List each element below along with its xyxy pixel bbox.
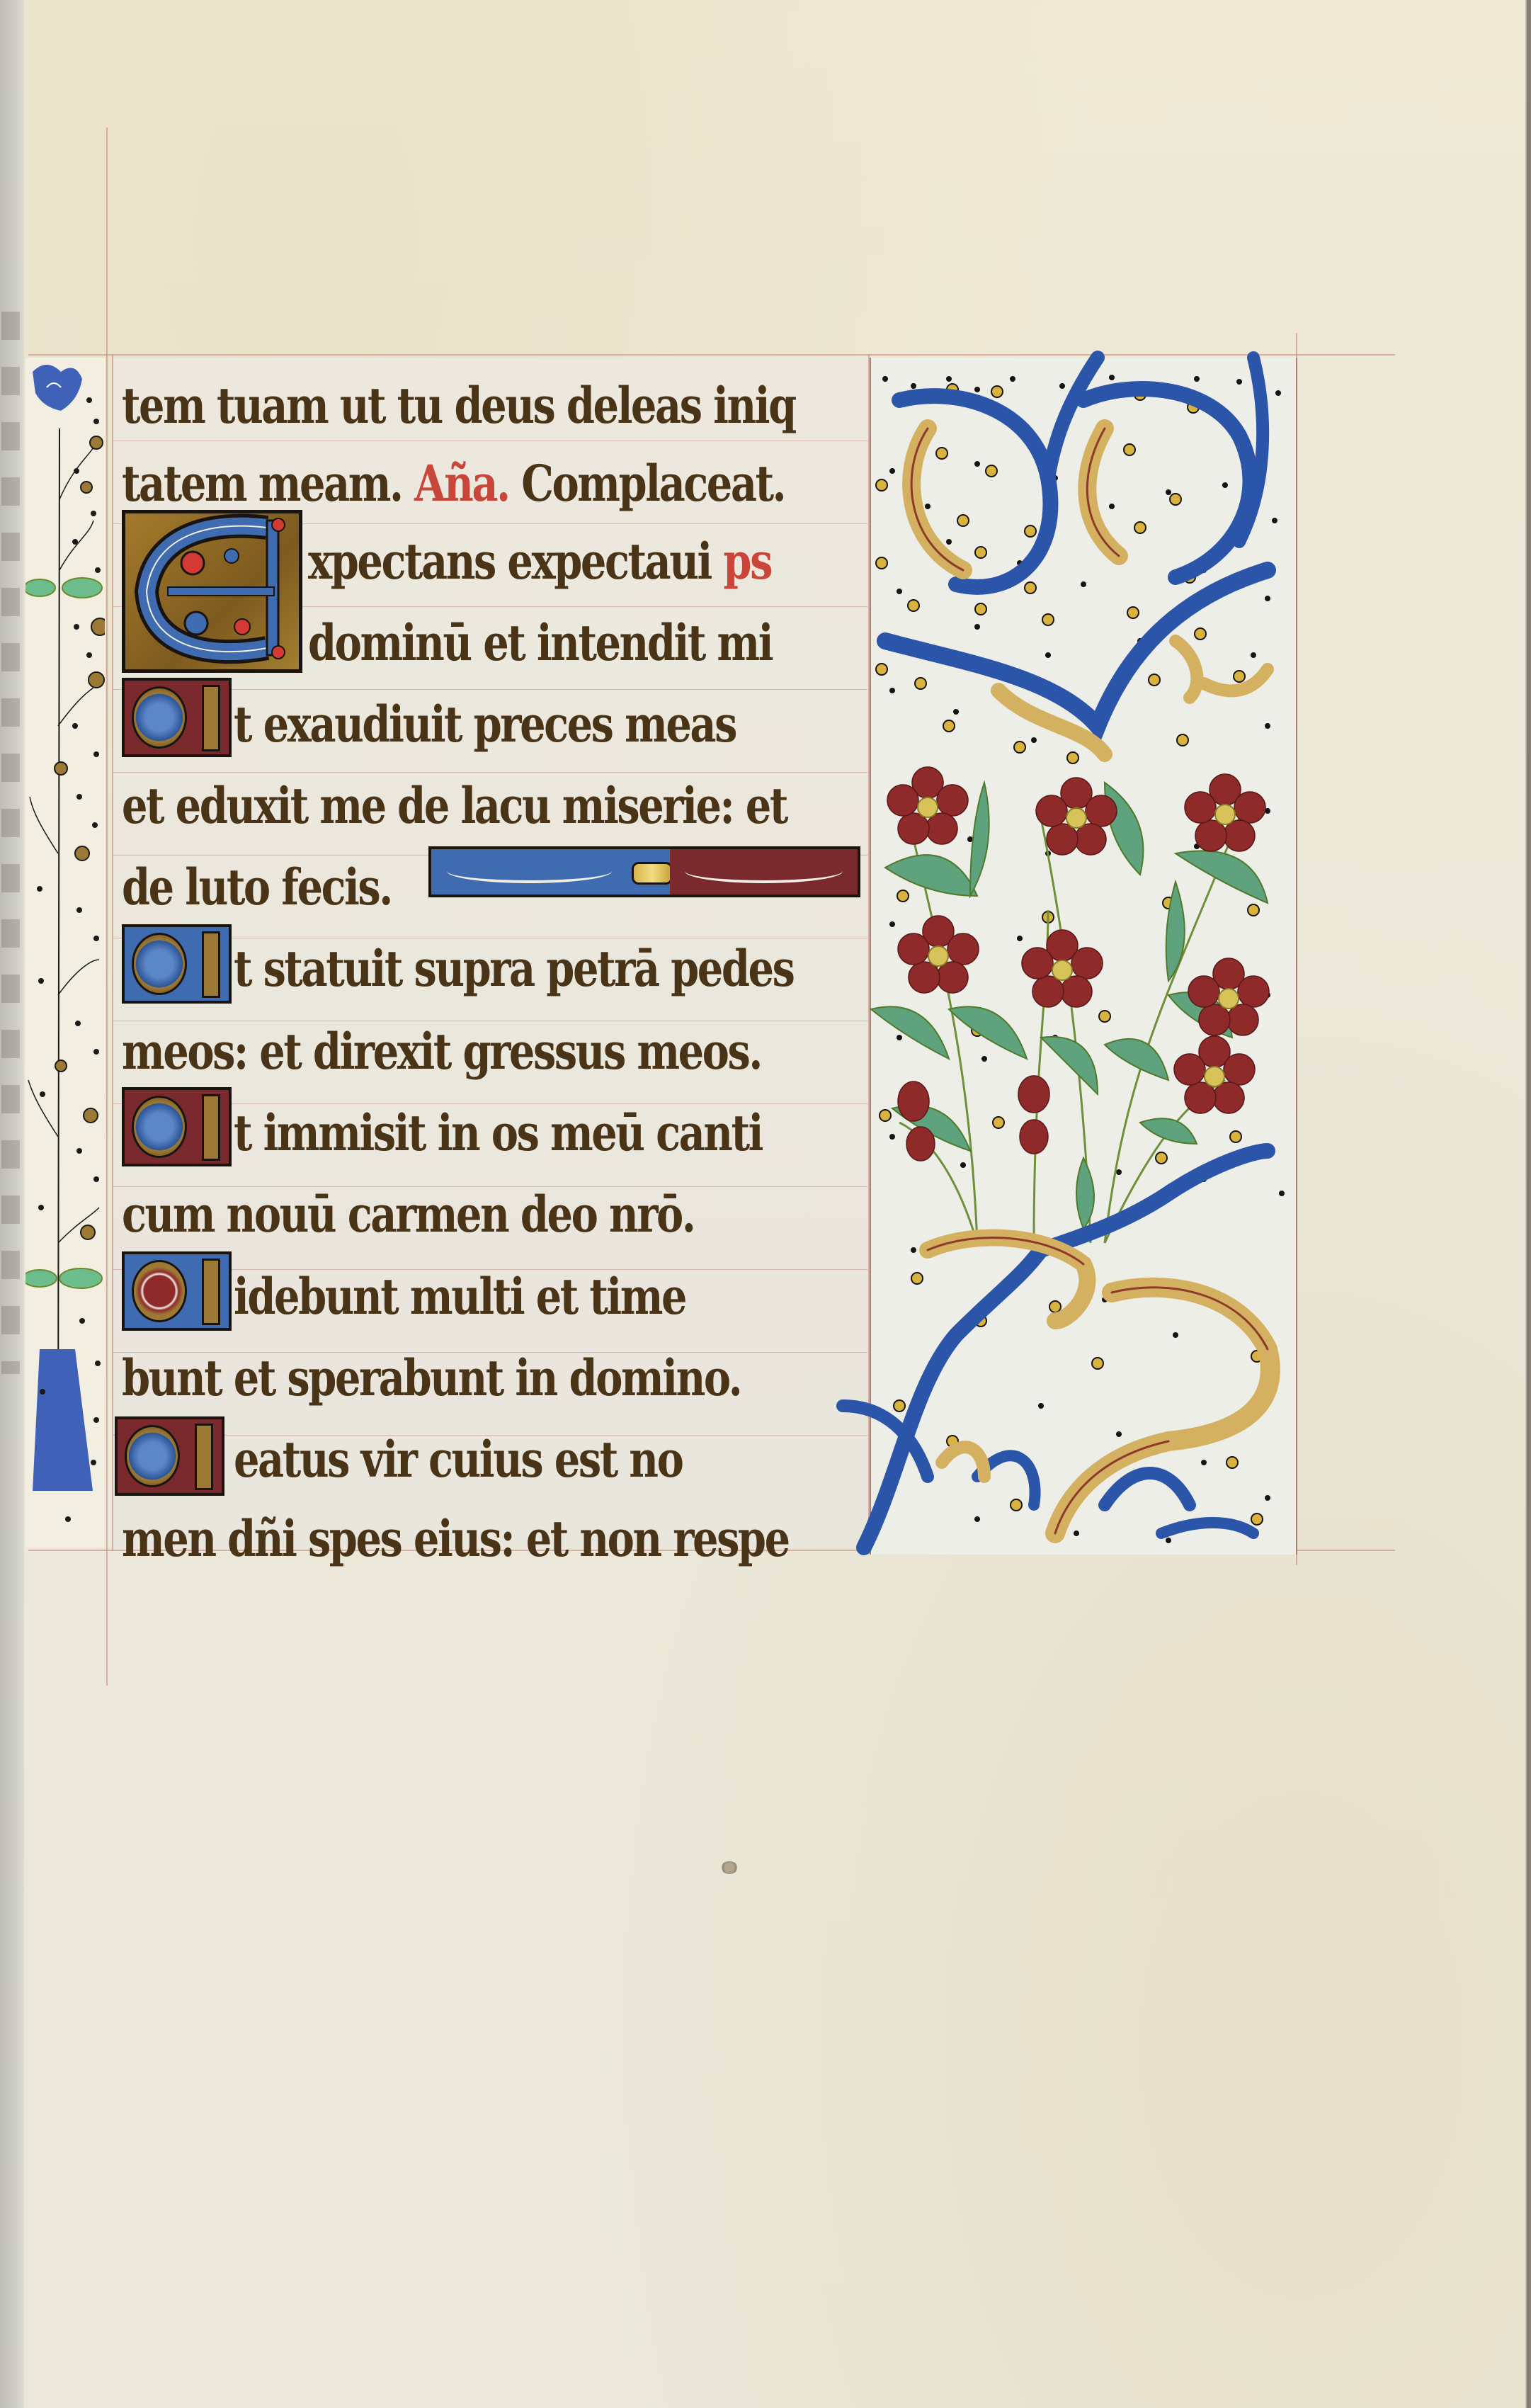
text-line-content: t immisit in os meū canti	[234, 1108, 762, 1168]
initial-stem	[202, 1259, 220, 1325]
left-border-decoration	[25, 358, 105, 1547]
text-line-content: dominū et intendit mi	[308, 618, 772, 678]
initial-E-small	[122, 678, 232, 757]
initial-stem	[195, 1424, 213, 1490]
initial-letter-icon	[132, 1096, 187, 1158]
text-line: meos: et direxit gressus meos.	[122, 1004, 876, 1086]
initial-stem	[202, 1094, 220, 1161]
initial-B-small	[115, 1416, 224, 1496]
left-border-foliage-icon	[25, 358, 105, 1547]
text-line-content: meos: et direxit gressus meos.	[122, 1027, 761, 1086]
initial-letter-icon	[132, 933, 187, 995]
rubric-antiphon: Aña.	[414, 454, 509, 513]
rubric-psalm: ps	[723, 532, 771, 591]
line-filler-maroon	[670, 849, 858, 895]
text-line: et eduxit me de lacu miserie: et	[122, 758, 876, 841]
text-line-content: de luto fecis.	[122, 863, 392, 922]
text-segment: xpectans expectaui	[308, 532, 723, 591]
initial-letter-icon	[132, 686, 187, 749]
text-line: tem tuam ut tu deus deleas iniq	[122, 358, 876, 441]
ruling-line-left-outer	[106, 127, 108, 1686]
text-segment: tatem meam.	[122, 454, 414, 513]
facing-page-edge	[0, 0, 24, 2408]
border-acanthus-floral-icon	[871, 358, 1296, 1555]
text-line-content: idebunt multi et time	[234, 1272, 685, 1331]
line-filler-decoration	[428, 846, 860, 897]
text-line-content: t exaudiuit preces meas	[234, 700, 736, 759]
text-line: bunt et sperabunt in domino.	[122, 1330, 876, 1413]
right-border-decoration	[870, 358, 1297, 1555]
initial-letter-icon	[132, 1260, 187, 1322]
line-filler-blue	[431, 849, 627, 895]
page-right-edge	[1525, 0, 1531, 2408]
initial-E-small	[122, 924, 232, 1004]
text-segment: Complaceat.	[509, 454, 785, 513]
initial-E-small	[122, 1087, 232, 1166]
text-block: tem tuam ut tu deus deleas iniq tatem me…	[113, 358, 867, 1547]
initial-V-small	[122, 1251, 232, 1331]
line-filler-gold	[627, 849, 670, 895]
text-line-content: tem tuam ut tu deus deleas iniq	[122, 381, 795, 441]
red-flowers	[887, 767, 1269, 1161]
text-line: tatem meam. Aña. Complaceat.	[122, 436, 876, 518]
initial-E-letterform-icon	[125, 513, 299, 669]
parchment-stain	[721, 1861, 738, 1874]
manuscript-page: tem tuam ut tu deus deleas iniq tatem me…	[0, 0, 1531, 2408]
text-line-content: xpectans expectaui ps	[308, 537, 771, 596]
text-line-content: eatus vir cuius est no	[234, 1435, 682, 1494]
facing-page-ghost-text	[1, 312, 20, 1374]
ruling-line-top	[28, 354, 1395, 356]
text-line-content: bunt et sperabunt in domino.	[122, 1353, 741, 1413]
text-line-content: et eduxit me de lacu miserie: et	[122, 781, 787, 841]
text-line-content: men dñi spes eius: et non respe	[122, 1514, 789, 1574]
text-line: men dñi spes eius: et non respe	[122, 1491, 876, 1574]
initial-stem	[202, 685, 220, 751]
text-line-content: cum nouū carmen deo nrō.	[122, 1190, 694, 1249]
initial-stem	[202, 931, 220, 998]
text-line: cum nouū carmen deo nrō.	[122, 1166, 876, 1249]
initial-letter-icon	[125, 1425, 180, 1487]
text-line-content: t statuit supra petrā pedes	[234, 944, 793, 1004]
illuminated-initial-E	[122, 510, 302, 673]
